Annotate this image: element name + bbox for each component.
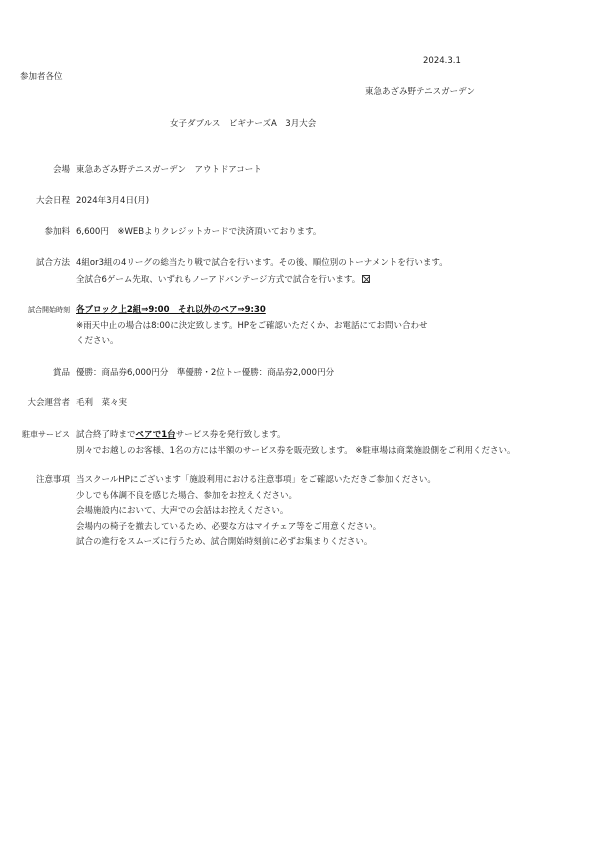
note-item: 少しでも体調不良を感じた場合、参加をお控えください。 <box>76 492 436 508</box>
recipient-line: 参加者各位 <box>20 73 63 82</box>
organizer-name: 東急あざみ野テニスガーデン <box>365 88 475 97</box>
start-time-note-2: ください。 <box>76 337 428 353</box>
section-value: 各ブロック上2組⇒9:00 それ以外のペア⇒9:30 ※雨天中止の場合は8:00… <box>76 306 428 353</box>
section-label: 注意事項 <box>36 476 70 485</box>
parking-suffix: サービス券を発行致します。 <box>176 430 286 440</box>
parking-prefix: 試合終了時まで <box>76 430 136 440</box>
section-value: 試合終了時までペアで1台サービス券を発行致します。 別々でお越しのお客様、1名の… <box>76 431 516 462</box>
section-value: 2024年3月4日(月) <box>76 197 149 213</box>
section-label: 駐車サービス <box>22 431 70 439</box>
format-text-1: 4組or3組の4リーグの総当たり戦で試合を行います。その後、順位別のトーナメント… <box>76 259 448 275</box>
section-label: 賞品 <box>53 369 70 378</box>
section-value: 6,600円 ※WEBよりクレジットカードで決済頂いております。 <box>76 228 321 244</box>
format-text-2: 全試合6ゲーム先取、いずれもノーアドバンテージ方式で試合を行います。 <box>76 275 360 285</box>
section-value: 優勝：商品券6,000円分 準優勝・2位トー優勝：商品券2,000円分 <box>76 369 334 385</box>
parking-emphasis: ペアで1台 <box>136 430 176 440</box>
section-label: 大会運営者 <box>27 399 70 408</box>
manager-name: 毛利 菜々実 <box>76 399 127 415</box>
section-label: 試合方法 <box>36 259 70 268</box>
section-label: 参加料 <box>44 228 70 237</box>
start-time-note-1: ※雨天中止の場合は8:00に決定致します。HPをご確認いただくか、お電話にてお問… <box>76 322 428 338</box>
document-title: 女子ダブルス ビギナーズA 3月大会 <box>170 120 316 129</box>
section-label: 大会日程 <box>36 197 70 206</box>
section-value: 当スクールHPにございます「施設利用における注意事項」をご確認いただきご参加くだ… <box>76 476 436 554</box>
schedule-text: 2024年3月4日(月) <box>76 197 149 213</box>
section-value: 4組or3組の4リーグの総当たり戦で試合を行います。その後、順位別のトーナメント… <box>76 259 448 290</box>
note-item: 試合の進行をスムーズに行うため、試合開始時刻前に必ずお集まりください。 <box>76 538 436 554</box>
parking-text-2: 別々でお越しのお客様、1名の方には半額のサービス券を販売致します。 ※駐車場は商… <box>76 447 516 463</box>
note-item: 会場内の椅子を撤去しているため、必要な方はマイチェア等をご用意ください。 <box>76 523 436 539</box>
fee-text: 6,600円 ※WEBよりクレジットカードで決済頂いております。 <box>76 228 321 244</box>
note-item: 当スクールHPにございます「施設利用における注意事項」をご確認いただきご参加くだ… <box>76 476 436 492</box>
section-value: 東急あざみ野テニスガーデン アウトドアコート <box>76 166 262 182</box>
venue-text: 東急あざみ野テニスガーデン アウトドアコート <box>76 166 262 182</box>
section-value: 毛利 菜々実 <box>76 399 127 415</box>
checkbox-x-icon <box>362 275 370 283</box>
prizes-text: 優勝：商品券6,000円分 準優勝・2位トー優勝：商品券2,000円分 <box>76 369 334 385</box>
note-item: 会場施設内において、大声での会話はお控えください。 <box>76 507 436 523</box>
document-date: 2024.3.1 <box>423 57 461 66</box>
section-label: 試合開始時刻 <box>28 307 70 314</box>
start-time-emphasis: 各ブロック上2組⇒9:00 それ以外のペア⇒9:30 <box>76 306 428 322</box>
section-label: 会場 <box>53 166 70 175</box>
